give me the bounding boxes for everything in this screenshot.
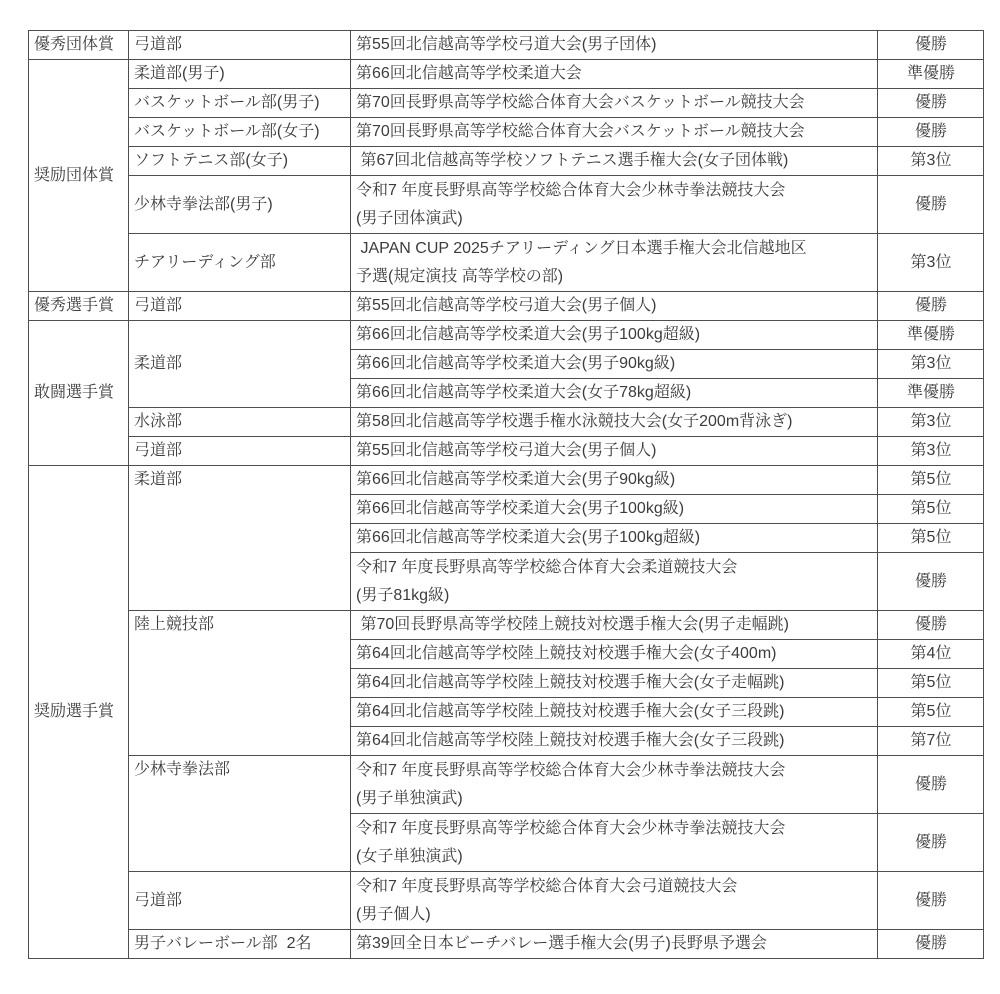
club-cell: 柔道部	[129, 466, 351, 611]
result-cell: 準優勝	[878, 321, 984, 350]
result-cell: 第7位	[878, 727, 984, 756]
result-cell: 第3位	[878, 147, 984, 176]
club-cell: 弓道部	[129, 31, 351, 60]
table-row: 奨励団体賞柔道部(男子)第66回北信越高等学校柔道大会準優勝	[29, 60, 984, 89]
club-cell: 少林寺拳法部	[129, 756, 351, 872]
competition-cell: 第66回北信越高等学校柔道大会(男子90kg級)	[351, 466, 878, 495]
award-cell: 奨励団体賞	[29, 60, 129, 292]
club-cell: 柔道部	[129, 321, 351, 408]
competition-cell: 令和7 年度長野県高等学校総合体育大会少林寺拳法競技大会 (女子単独演武)	[351, 814, 878, 872]
club-cell: 弓道部	[129, 437, 351, 466]
table-row: 水泳部第58回北信越高等学校選手権水泳競技大会(女子200m背泳ぎ)第3位	[29, 408, 984, 437]
table-row: 奨励選手賞柔道部第66回北信越高等学校柔道大会(男子90kg級)第5位	[29, 466, 984, 495]
competition-cell: 令和7 年度長野県高等学校総合体育大会少林寺拳法競技大会 (男子単独演武)	[351, 756, 878, 814]
table-row: 敢闘選手賞柔道部第66回北信越高等学校柔道大会(男子100kg超級)準優勝	[29, 321, 984, 350]
result-cell: 第3位	[878, 437, 984, 466]
competition-cell: 第58回北信越高等学校選手権水泳競技大会(女子200m背泳ぎ)	[351, 408, 878, 437]
table-row: ソフトテニス部(女子) 第67回北信越高等学校ソフトテニス選手権大会(女子団体戦…	[29, 147, 984, 176]
result-cell: 第5位	[878, 495, 984, 524]
competition-cell: 第55回北信越高等学校弓道大会(男子個人)	[351, 437, 878, 466]
table-row: バスケットボール部(男子)第70回長野県高等学校総合体育大会バスケットボール競技…	[29, 89, 984, 118]
competition-cell: 第55回北信越高等学校弓道大会(男子団体)	[351, 31, 878, 60]
club-cell: 弓道部	[129, 872, 351, 930]
competition-cell: 第66回北信越高等学校柔道大会(男子100kg超級)	[351, 321, 878, 350]
competition-cell: 第70回長野県高等学校総合体育大会バスケットボール競技大会	[351, 89, 878, 118]
award-cell: 奨励選手賞	[29, 466, 129, 959]
result-cell: 第5位	[878, 669, 984, 698]
competition-cell: 第66回北信越高等学校柔道大会	[351, 60, 878, 89]
club-cell: 弓道部	[129, 292, 351, 321]
result-cell: 第3位	[878, 234, 984, 292]
club-cell: 陸上競技部	[129, 611, 351, 756]
competition-cell: 第70回長野県高等学校総合体育大会バスケットボール競技大会	[351, 118, 878, 147]
result-cell: 優勝	[878, 89, 984, 118]
competition-cell: 第64回北信越高等学校陸上競技対校選手権大会(女子三段跳)	[351, 698, 878, 727]
result-cell: 準優勝	[878, 379, 984, 408]
club-cell: 少林寺拳法部(男子)	[129, 176, 351, 234]
awards-table-body: 優秀団体賞弓道部第55回北信越高等学校弓道大会(男子団体)優勝奨励団体賞柔道部(…	[29, 31, 984, 959]
club-cell: ソフトテニス部(女子)	[129, 147, 351, 176]
table-row: 陸上競技部 第70回長野県高等学校陸上競技対校選手権大会(男子走幅跳)優勝	[29, 611, 984, 640]
club-cell: 水泳部	[129, 408, 351, 437]
competition-cell: 令和7 年度長野県高等学校総合体育大会少林寺拳法競技大会 (男子団体演武)	[351, 176, 878, 234]
table-row: 少林寺拳法部令和7 年度長野県高等学校総合体育大会少林寺拳法競技大会 (男子単独…	[29, 756, 984, 814]
table-row: 弓道部第55回北信越高等学校弓道大会(男子個人)第3位	[29, 437, 984, 466]
competition-cell: 令和7 年度長野県高等学校総合体育大会弓道競技大会 (男子個人)	[351, 872, 878, 930]
result-cell: 第4位	[878, 640, 984, 669]
table-row: 弓道部令和7 年度長野県高等学校総合体育大会弓道競技大会 (男子個人)優勝	[29, 872, 984, 930]
table-row: チアリーディング部 JAPAN CUP 2025チアリーディング日本選手権大会北…	[29, 234, 984, 292]
result-cell: 優勝	[878, 176, 984, 234]
awards-table: 優秀団体賞弓道部第55回北信越高等学校弓道大会(男子団体)優勝奨励団体賞柔道部(…	[28, 30, 984, 959]
table-row: 男子バレーボール部 2名第39回全日本ビーチバレー選手権大会(男子)長野県予選会…	[29, 930, 984, 959]
result-cell: 優勝	[878, 814, 984, 872]
competition-cell: 第55回北信越高等学校弓道大会(男子個人)	[351, 292, 878, 321]
competition-cell: 第70回長野県高等学校陸上競技対校選手権大会(男子走幅跳)	[351, 611, 878, 640]
competition-cell: 第64回北信越高等学校陸上競技対校選手権大会(女子走幅跳)	[351, 669, 878, 698]
club-cell: 柔道部(男子)	[129, 60, 351, 89]
result-cell: 第5位	[878, 698, 984, 727]
competition-cell: 第66回北信越高等学校柔道大会(女子78kg超級)	[351, 379, 878, 408]
result-cell: 優勝	[878, 930, 984, 959]
competition-cell: JAPAN CUP 2025チアリーディング日本選手権大会北信越地区 予選(規定…	[351, 234, 878, 292]
result-cell: 優勝	[878, 756, 984, 814]
result-cell: 優勝	[878, 31, 984, 60]
competition-cell: 第66回北信越高等学校柔道大会(男子100kg級)	[351, 495, 878, 524]
competition-cell: 第67回北信越高等学校ソフトテニス選手権大会(女子団体戦)	[351, 147, 878, 176]
competition-cell: 第66回北信越高等学校柔道大会(男子90kg級)	[351, 350, 878, 379]
club-cell: 男子バレーボール部 2名	[129, 930, 351, 959]
competition-cell: 第66回北信越高等学校柔道大会(男子100kg超級)	[351, 524, 878, 553]
result-cell: 第3位	[878, 350, 984, 379]
result-cell: 準優勝	[878, 60, 984, 89]
award-results-page: 優秀団体賞弓道部第55回北信越高等学校弓道大会(男子団体)優勝奨励団体賞柔道部(…	[0, 0, 1000, 994]
table-row: バスケットボール部(女子)第70回長野県高等学校総合体育大会バスケットボール競技…	[29, 118, 984, 147]
competition-cell: 第39回全日本ビーチバレー選手権大会(男子)長野県予選会	[351, 930, 878, 959]
award-cell: 敢闘選手賞	[29, 321, 129, 466]
result-cell: 第5位	[878, 466, 984, 495]
club-cell: バスケットボール部(男子)	[129, 89, 351, 118]
result-cell: 第5位	[878, 524, 984, 553]
table-row: 少林寺拳法部(男子)令和7 年度長野県高等学校総合体育大会少林寺拳法競技大会 (…	[29, 176, 984, 234]
award-cell: 優秀選手賞	[29, 292, 129, 321]
award-cell: 優秀団体賞	[29, 31, 129, 60]
competition-cell: 第64回北信越高等学校陸上競技対校選手権大会(女子400m)	[351, 640, 878, 669]
result-cell: 優勝	[878, 872, 984, 930]
club-cell: バスケットボール部(女子)	[129, 118, 351, 147]
result-cell: 優勝	[878, 292, 984, 321]
club-cell: チアリーディング部	[129, 234, 351, 292]
result-cell: 優勝	[878, 553, 984, 611]
competition-cell: 令和7 年度長野県高等学校総合体育大会柔道競技大会 (男子81kg級)	[351, 553, 878, 611]
result-cell: 優勝	[878, 118, 984, 147]
competition-cell: 第64回北信越高等学校陸上競技対校選手権大会(女子三段跳)	[351, 727, 878, 756]
table-row: 優秀選手賞弓道部第55回北信越高等学校弓道大会(男子個人)優勝	[29, 292, 984, 321]
result-cell: 第3位	[878, 408, 984, 437]
result-cell: 優勝	[878, 611, 984, 640]
table-row: 優秀団体賞弓道部第55回北信越高等学校弓道大会(男子団体)優勝	[29, 31, 984, 60]
